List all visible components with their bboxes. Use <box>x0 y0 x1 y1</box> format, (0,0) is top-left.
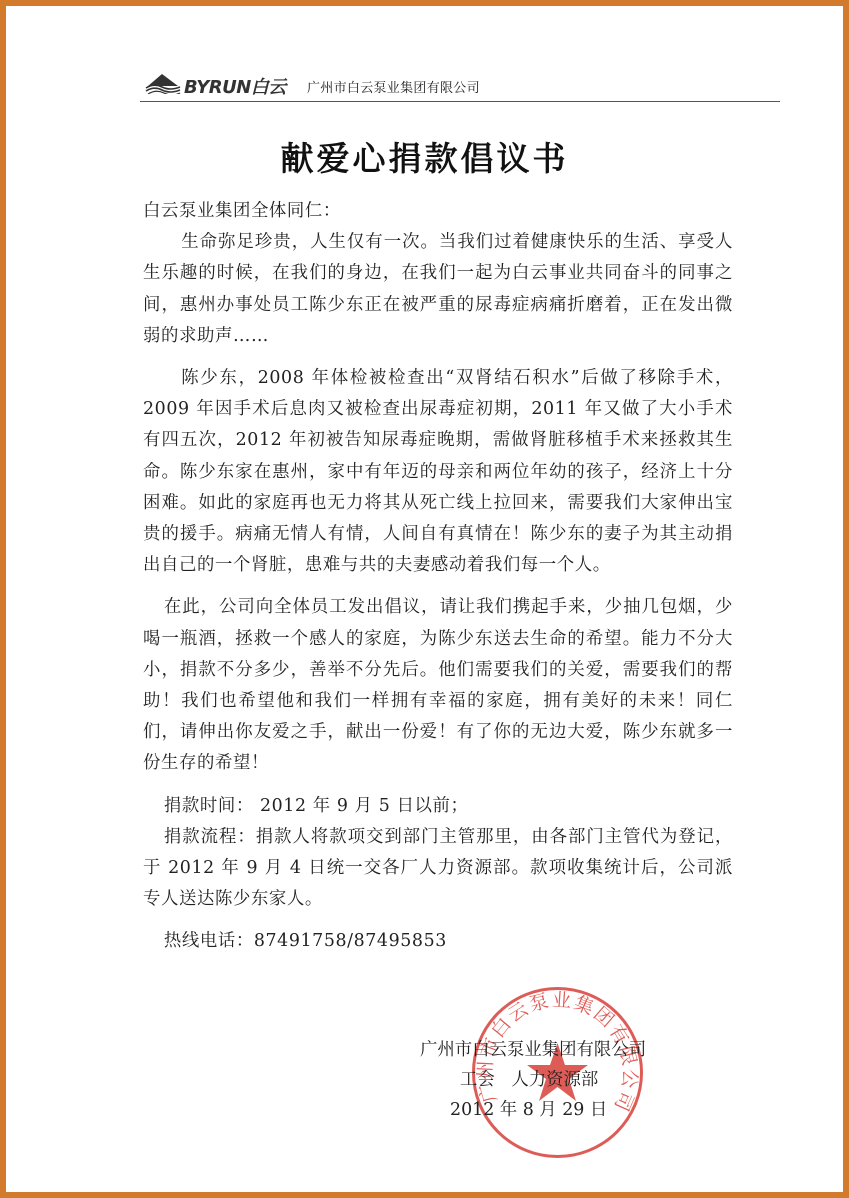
signature-departments: 工会 人力资源部 <box>420 1065 720 1095</box>
salutation: 白云泵业集团全体同仁： <box>143 196 733 227</box>
paragraph-story: 陈少东，2008 年体检被检查出“双肾结石积水”后做了移除手术，2009 年因手… <box>143 363 733 581</box>
signature-date: 2012 年 8 月 29 日 <box>420 1095 720 1125</box>
document-body: 白云泵业集团全体同仁： 生命弥足珍贵，人生仅有一次。当我们过着健康快乐的生活、享… <box>143 196 733 958</box>
donation-time: 捐款时间： 2012 年 9 月 5 日以前； <box>143 791 733 822</box>
letterhead-divider <box>140 101 780 102</box>
brand-logo-text: BYRUN白云 <box>184 73 286 99</box>
wave-logo-icon <box>144 72 182 94</box>
donation-process: 捐款流程：捐款人将款项交到部门主管那里，由各部门主管代为登记，于 2012 年 … <box>143 822 733 916</box>
company-name: 广州市白云泵业集团有限公司 <box>307 77 480 96</box>
paragraph-intro: 生命弥足珍贵，人生仅有一次。当我们过着健康快乐的生活、享受人生乐趣的时候，在我们… <box>143 227 733 352</box>
document-title: 献爱心捐款倡议书 <box>0 133 849 180</box>
signature-block: 广州市白云泵业集团有限公司 工会 人力资源部 2012 年 8 月 29 日 <box>420 1035 720 1125</box>
paragraph-appeal: 在此，公司向全体员工发出倡议，请让我们携起手来，少抽几包烟，少喝一瓶酒，拯救一个… <box>143 592 733 779</box>
letterhead: BYRUN白云 广州市白云泵业集团有限公司 <box>140 70 780 100</box>
hotline: 热线电话：87491758/87495853 <box>143 926 733 957</box>
signature-company: 广州市白云泵业集团有限公司 <box>420 1035 720 1065</box>
